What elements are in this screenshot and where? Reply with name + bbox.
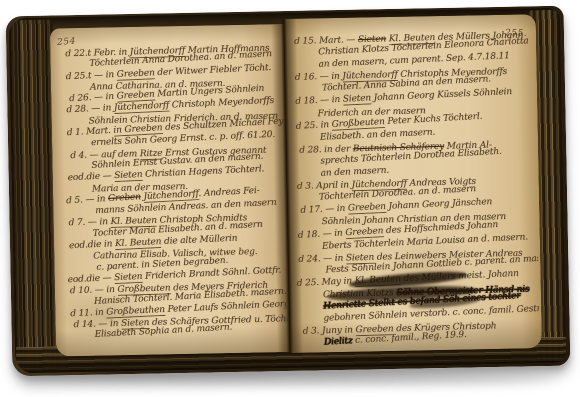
left-page-handwriting: d 22.t Febr. in Jütchendorff Martin Hoff…: [50, 24, 290, 356]
left-page: 254 d 22.t Febr. in Jütchendorff Martin …: [50, 24, 290, 356]
right-page: 255. d 15. Mart. — Sieten Kl. Beuten des…: [284, 14, 542, 353]
right-page-handwriting: d 15. Mart. — Sieten Kl. Beuten des Müll…: [284, 14, 542, 353]
photo-of-open-register-book: 254 d 22.t Febr. in Jütchendorff Martin …: [0, 0, 580, 397]
open-book: 254 d 22.t Febr. in Jütchendorff Martin …: [6, 6, 571, 377]
